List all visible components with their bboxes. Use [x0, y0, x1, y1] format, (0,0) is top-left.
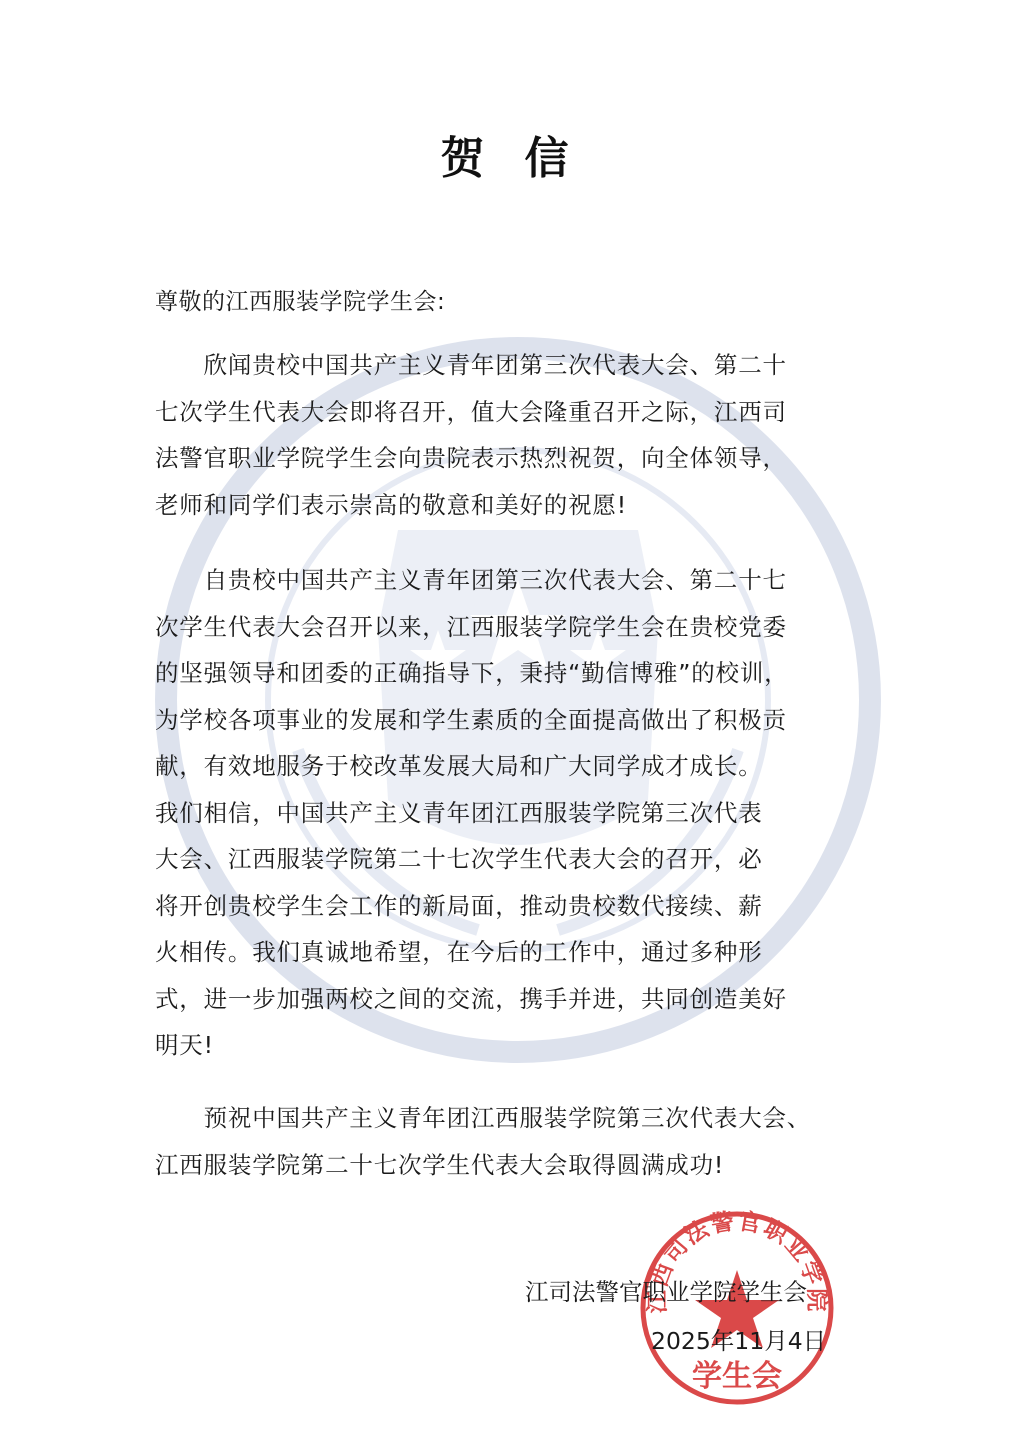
- paragraph-3: 预祝中国共产主义青年团江西服装学院第三次代表大会、 江西服装学院第二十七次学生代…: [155, 1095, 855, 1188]
- paragraph-line: 明天!: [155, 1022, 855, 1069]
- paragraph-line: 我们相信，中国共产主义青年团江西服装学院第三次代表: [155, 790, 855, 837]
- letter-date: 2025年11月4日: [651, 1322, 826, 1356]
- paragraph-line: 法警官职业学院学生会向贵院表示热烈祝贺，向全体领导，: [155, 435, 855, 482]
- paragraph-1: 欣闻贵校中国共产主义青年团第三次代表大会、第二十 七次学生代表大会即将召开，值大…: [155, 342, 855, 528]
- paragraph-2: 自贵校中国共产主义青年团第三次代表大会、第二十七 次学生代表大会召开以来，江西服…: [155, 557, 855, 1069]
- paragraph-line: 七次学生代表大会即将召开，值大会隆重召开之际，江西司: [155, 389, 855, 436]
- paragraph-line: 式，进一步加强两校之间的交流，携手并进，共同创造美好: [155, 976, 855, 1023]
- seal-center-text: 学生会: [692, 1359, 782, 1394]
- signature: 江司法警官职业学院学生会: [525, 1273, 807, 1307]
- official-seal-icon: 江西司法警官职业学院 学生会: [637, 1208, 837, 1408]
- paragraph-line: 预祝中国共产主义青年团江西服装学院第三次代表大会、: [155, 1095, 855, 1142]
- paragraph-line: 大会、江西服装学院第二十七次学生代表大会的召开，必: [155, 836, 855, 883]
- letter-title: 贺信: [0, 122, 1009, 186]
- paragraph-line: 火相传。我们真诚地希望，在今后的工作中，通过多种形: [155, 929, 855, 976]
- paragraph-line: 自贵校中国共产主义青年团第三次代表大会、第二十七: [155, 557, 855, 604]
- paragraph-line: 老师和同学们表示崇高的敬意和美好的祝愿!: [155, 482, 855, 529]
- paragraph-line: 江西服装学院第二十七次学生代表大会取得圆满成功!: [155, 1142, 855, 1189]
- paragraph-line: 将开创贵校学生会工作的新局面，推动贵校数代接续、薪: [155, 883, 855, 930]
- paragraph-line: 献，有效地服务于校改革发展大局和广大同学成才成长。: [155, 743, 855, 790]
- paragraph-line: 欣闻贵校中国共产主义青年团第三次代表大会、第二十: [155, 342, 855, 389]
- paragraph-line: 次学生代表大会召开以来，江西服装学院学生会在贵校党委: [155, 604, 855, 651]
- salutation: 尊敬的江西服装学院学生会:: [155, 283, 445, 316]
- paragraph-line: 的坚强领导和团委的正确指导下，秉持“勤信博雅”的校训，: [155, 650, 855, 697]
- paragraph-line: 为学校各项事业的发展和学生素质的全面提高做出了积极贡: [155, 697, 855, 744]
